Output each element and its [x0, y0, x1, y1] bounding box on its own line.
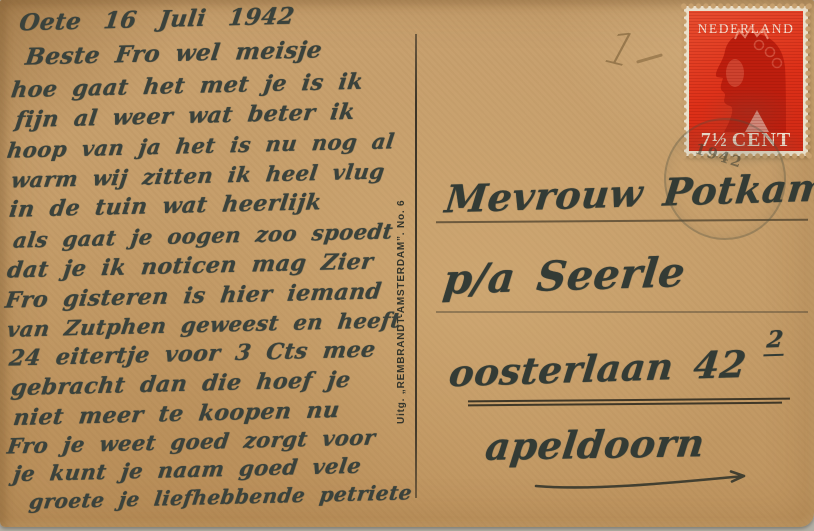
street-text: oosterlaan 42	[447, 342, 749, 395]
message-line: hoe gaat het met je is ik	[10, 69, 365, 104]
address-double-rule	[468, 398, 790, 409]
message-line: warm wij zitten ik heel vlug	[10, 158, 387, 192]
message-line: gebracht dan die hoef je	[10, 367, 353, 401]
city-underline-flourish	[530, 468, 766, 498]
pencil-dash	[636, 53, 663, 63]
message-line: groete je liefhebbende petriete	[28, 480, 414, 513]
pencil-mark: 1	[593, 21, 648, 77]
publisher-imprint: Uitg. „REMBRANDT-AMSTERDAM”. No. 6	[396, 200, 407, 424]
message-line: als gaat je oogen zoo spoedt	[12, 218, 395, 252]
message-line: 24 eitertje voor 3 Cts mee	[8, 337, 378, 372]
rule-bottom	[468, 402, 782, 406]
postmark-year: 1942	[693, 139, 746, 171]
stamp-perforation	[680, 3, 812, 9]
divider-line	[415, 34, 417, 498]
floor-superscript: 2	[763, 325, 787, 356]
message-line: in de tuin wat heerlijk	[8, 189, 324, 223]
message-line: fijn al weer wat beter ik	[14, 99, 357, 133]
message-line: Oete 16 Juli 1942	[18, 3, 296, 37]
address-street-line: oosterlaan 422	[447, 341, 785, 395]
message-line: dat je ik noticen mag Zier	[6, 249, 375, 284]
message-line: hoop van ja het is nu nog al	[6, 128, 397, 162]
address-rule-line	[436, 311, 808, 313]
address-care-of-line: p/a Seerle	[441, 248, 688, 304]
address-city-line: apeldoorn	[483, 420, 707, 469]
message-line: je kunt je naam goed vele	[12, 453, 363, 486]
postcard-back: Oete 16 Juli 1942 Beste Fro wel meisje h…	[0, 0, 814, 527]
message-line: Beste Fro wel meisje	[24, 36, 324, 70]
